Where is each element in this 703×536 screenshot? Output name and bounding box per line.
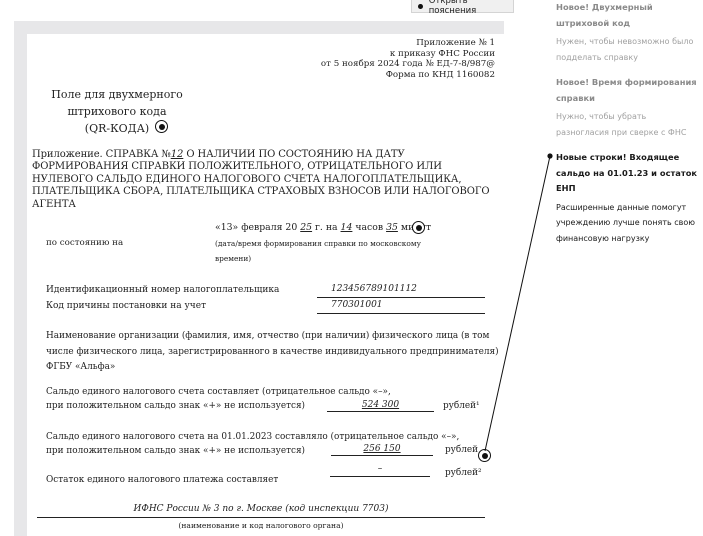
organization-block: Наименование организации (фамилия, имя, … <box>46 329 499 376</box>
form-header: Приложение № 1 к приказу ФНС России от 5… <box>321 38 495 80</box>
org-name-value: ФГБУ «Альфа» <box>46 360 499 376</box>
tax-authority-value: ИФНС России № 3 по г. Москве (код инспек… <box>37 504 485 514</box>
inn-underline <box>317 297 485 298</box>
qr-label-line-1: Поле для двухмерного <box>47 86 187 103</box>
enp-remainder-label: Остаток единого налогового платежа соста… <box>46 474 278 486</box>
kpp-underline <box>317 313 485 314</box>
date-month: февраля 20 <box>241 222 297 233</box>
note-title: Новое! Время формирования справки <box>556 75 698 106</box>
note-body: Нужно, чтобы убрать разногласия при свер… <box>556 109 698 140</box>
datetime-hint: (дата/время формирования справки по моск… <box>215 236 421 266</box>
open-explanations-label: Открыть пояснения <box>429 0 513 16</box>
inn-label: Идентификационный номер налогоплательщик… <box>46 284 279 296</box>
hours-label: часов <box>355 222 383 233</box>
balance-2023-underline <box>331 455 433 456</box>
enp-remainder-unit: рублей² <box>445 467 482 479</box>
datetime-marker[interactable] <box>412 221 425 234</box>
header-line-3: от 5 ноября 2024 года № ЕД-7-8/987@ <box>321 59 495 70</box>
enp-remainder-value: – <box>330 464 430 474</box>
balance-unit: рублей¹ <box>443 400 480 412</box>
note-title: Новое! Двухмерный штриховой код <box>556 0 698 31</box>
note-title: Новые строки! Входящее сальдо на 01.01.2… <box>556 150 698 197</box>
date-g-na: г. на <box>315 222 338 233</box>
open-explanations-button[interactable]: Открыть пояснения <box>411 0 514 13</box>
time-hours: 14 <box>341 222 353 233</box>
datetime-hint-line-1: (дата/время формирования справки по моск… <box>215 236 421 251</box>
note-body: Нужен, чтобы невозможно было подделать с… <box>556 34 698 65</box>
date-day: «13» <box>215 222 238 233</box>
sidebar-note-qr[interactable]: Новое! Двухмерный штриховой код Нужен, ч… <box>556 0 698 65</box>
date-year: 25 <box>300 222 312 233</box>
enp-remainder-underline <box>330 476 430 477</box>
balance-2023-value: 256 150 <box>331 444 433 454</box>
balance-2023-unit: рублей <box>445 444 478 456</box>
time-minutes: 35 <box>386 222 398 233</box>
qr-code-marker[interactable] <box>155 120 168 133</box>
org-label-line-2: числе физического лица, зарегистрированн… <box>46 345 499 361</box>
balance-underline <box>327 411 434 412</box>
sidebar-note-time[interactable]: Новое! Время формирования справки Нужно,… <box>556 75 698 140</box>
datetime-hint-line-2: времени) <box>215 251 421 266</box>
title-prefix: Приложение. СПРАВКА № <box>32 149 171 160</box>
as-of-label: по состоянию на <box>46 237 123 249</box>
document-page: Приложение № 1 к приказу ФНС России от 5… <box>27 34 504 536</box>
org-label-line-1: Наименование организации (фамилия, имя, … <box>46 329 499 345</box>
bullet-icon <box>418 4 423 9</box>
document-title: Приложение. СПРАВКА №12 О НАЛИЧИИ ПО СОС… <box>32 149 494 211</box>
formation-datetime: «13» февраля 20 25 г. на 14 часов 35 мин… <box>215 222 431 234</box>
certificate-number: 12 <box>171 149 184 160</box>
header-line-1: Приложение № 1 <box>321 38 495 49</box>
balance-2023-label-line-1: Сальдо единого налогового счета на 01.01… <box>46 430 459 444</box>
balance-label-line-1: Сальдо единого налогового счета составля… <box>46 385 391 399</box>
header-line-2: к приказу ФНС России <box>321 49 495 60</box>
header-line-4: Форма по КНД 1160082 <box>321 70 495 81</box>
kpp-label: Код причины постановки на учет <box>46 300 206 312</box>
qr-label-line-2: штрихового кода <box>47 103 187 120</box>
sidebar-note-new-rows[interactable]: Новые строки! Входящее сальдо на 01.01.2… <box>556 150 698 246</box>
balance-value: 524 300 <box>327 400 434 410</box>
inn-value: 123456789101112 <box>331 284 417 294</box>
tax-authority-underline <box>37 517 485 518</box>
kpp-value: 770301001 <box>331 300 383 310</box>
balance-2023-marker[interactable] <box>478 449 491 462</box>
note-body: Расширенные данные помогут учреждению лу… <box>556 200 698 247</box>
tax-authority-caption: (наименование и код налогового органа) <box>37 520 485 532</box>
